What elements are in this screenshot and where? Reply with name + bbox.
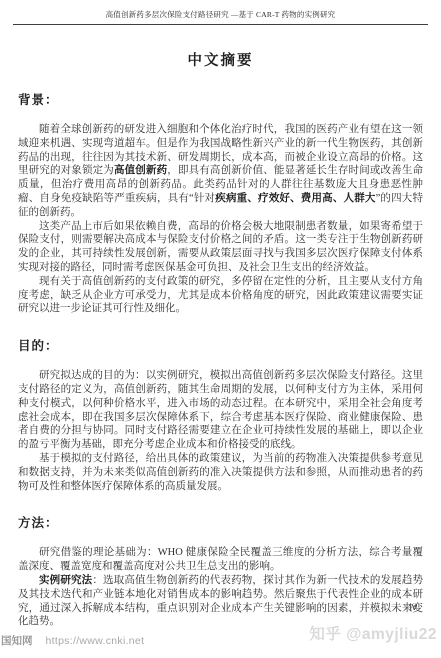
section-methods: 方法： 研究借鉴的理论基础为：WHO 健康保险全民覆盖三维度的分析方法，综合考量… xyxy=(18,513,423,629)
watermark-cnki-brand: 国知网 xyxy=(1,635,33,647)
section-background: 背景： 随着全球创新药的研发进入细胞和个体化治疗时代，我国的医药产业有望在这一领… xyxy=(18,90,423,316)
background-paragraph-1: 随着全球创新药的研发进入细胞和个体化治疗时代，我国的医药产业有望在这一领域迎来机… xyxy=(18,123,423,220)
bold-term-case-study-method: 实例研究法 xyxy=(39,575,92,586)
section-heading-methods: 方法： xyxy=(18,513,423,531)
bold-term-high-value-drug: 高值创新药 xyxy=(114,165,167,176)
purpose-paragraph-2: 基于模拟的支付路径，给出具体的政策建议，为当前的药物准入决策提供参考意见和数据支… xyxy=(18,452,423,493)
document-page: 高值创新药多层次保险支付路径研究 —基于 CAR-T 药物的实例研究 中文摘要 … xyxy=(0,0,441,658)
section-heading-purpose: 目的： xyxy=(18,336,423,354)
bold-term-four-features: 疾病重、疗效好、费用高、人群大 xyxy=(215,193,375,204)
watermark-cnki-url: https://www.cnki.net xyxy=(46,635,145,647)
section-purpose: 目的： 研究拟达成的目的为：以实例研究，模拟出高值创新药多层次保险支付路径。这里… xyxy=(18,336,423,493)
page-title: 中文摘要 xyxy=(18,49,423,70)
running-header: 高值创新药多层次保险支付路径研究 —基于 CAR-T 药物的实例研究 xyxy=(18,0,423,20)
running-header-title: 高值创新药多层次保险支付路径研究 —基于 CAR-T 药物的实例研究 xyxy=(106,10,336,19)
section-heading-background: 背景： xyxy=(18,90,423,108)
methods-paragraph-1: 研究借鉴的理论基础为：WHO 健康保险全民覆盖三维度的分析方法，综合考量覆盖深度… xyxy=(18,546,423,574)
background-paragraph-3: 现有关于高值创新药的支付政策的研究，多停留在定性的分析，且主要从支付方角度考虑，… xyxy=(18,275,423,316)
watermark-cnki: 国知网https://www.cnki.net xyxy=(1,633,144,648)
purpose-paragraph-1: 研究拟达成的目的为：以实例研究，模拟出高值创新药多层次保险支付路径。这里支付路径… xyxy=(18,369,423,452)
header-divider xyxy=(13,24,428,25)
background-paragraph-2: 这类产品上市后如果依赖自费，高昂的价格会极大地限制患者数量，如果寄希望于保险支付… xyxy=(18,220,423,275)
page-number: IV xyxy=(409,603,417,612)
methods-paragraph-2: 实例研究法：选取高值生物创新药的代表药物，探讨其作为新一代技术的发展趋势及其技术… xyxy=(18,574,423,629)
watermark-zhihu: 知乎 @amyjliu22 xyxy=(309,622,437,644)
